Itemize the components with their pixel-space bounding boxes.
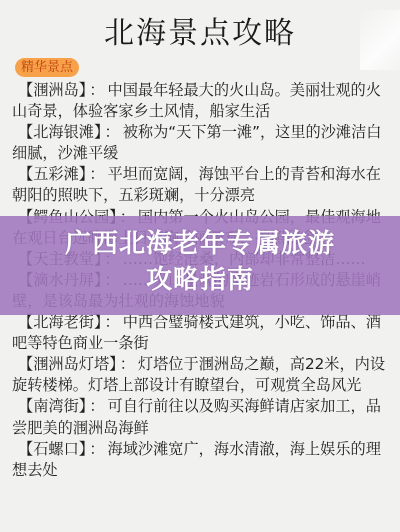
- overlay-title-line-1: 广西北海老年专属旅游: [0, 226, 400, 262]
- attraction-name: 【五彩滩】: [18, 165, 86, 183]
- attraction-entry: 【涠洲岛灯塔】：灯塔位于涠洲岛之巅，高22米，内设旋转楼梯。灯塔上部设计有瞭望台…: [12, 354, 392, 396]
- attraction-name: 【北海老街】: [18, 313, 102, 331]
- separator: ：: [89, 81, 104, 99]
- attraction-entry: 【五彩滩】：平坦而宽阔，海蚀平台上的青苔和海水在朝阳的照映下，五彩斑斓，十分漂亮: [12, 164, 392, 206]
- attraction-name: 【涠洲岛灯塔】: [18, 355, 117, 373]
- section-badge: 精华景点: [15, 58, 79, 77]
- attraction-name: 【南湾街】: [18, 397, 86, 415]
- attraction-entry: 【涠洲岛】：中国最年轻最大的火山岛。美丽壮观的火山奇景，体验客家乡土风情，船家生…: [12, 80, 392, 122]
- attraction-name: 【涠洲岛】: [18, 81, 86, 99]
- attraction-entry: 【北海老街】：中西合璧骑楼式建筑，小吃、饰品、酒吧等特色商业一条街: [12, 312, 392, 354]
- separator: ：: [105, 313, 120, 331]
- attraction-name: 【石螺口】: [18, 440, 86, 458]
- separator: ：: [89, 397, 104, 415]
- separator: ：: [89, 165, 104, 183]
- attraction-entry: 【石螺口】：海域沙滩宽广，海水清澈，海上娱乐的理想去处: [12, 439, 392, 481]
- separator: ：: [89, 440, 104, 458]
- separator: ：: [120, 355, 135, 373]
- separator: ：: [105, 123, 120, 141]
- attraction-name: 【北海银滩】: [18, 123, 102, 141]
- attraction-entry: 【北海银滩】：被称为“天下第一滩”，这里的沙滩洁白细腻，沙滩平缓: [12, 122, 392, 164]
- attraction-entry: 【南湾街】：可自行前往以及购买海鲜请店家加工，品尝肥美的涠洲岛海鲜: [12, 396, 392, 438]
- overlay-title-line-2: 攻略指南: [0, 262, 400, 298]
- document-title: 北海景点攻略: [0, 8, 400, 52]
- overlay-title: 广西北海老年专属旅游 攻略指南: [0, 226, 400, 298]
